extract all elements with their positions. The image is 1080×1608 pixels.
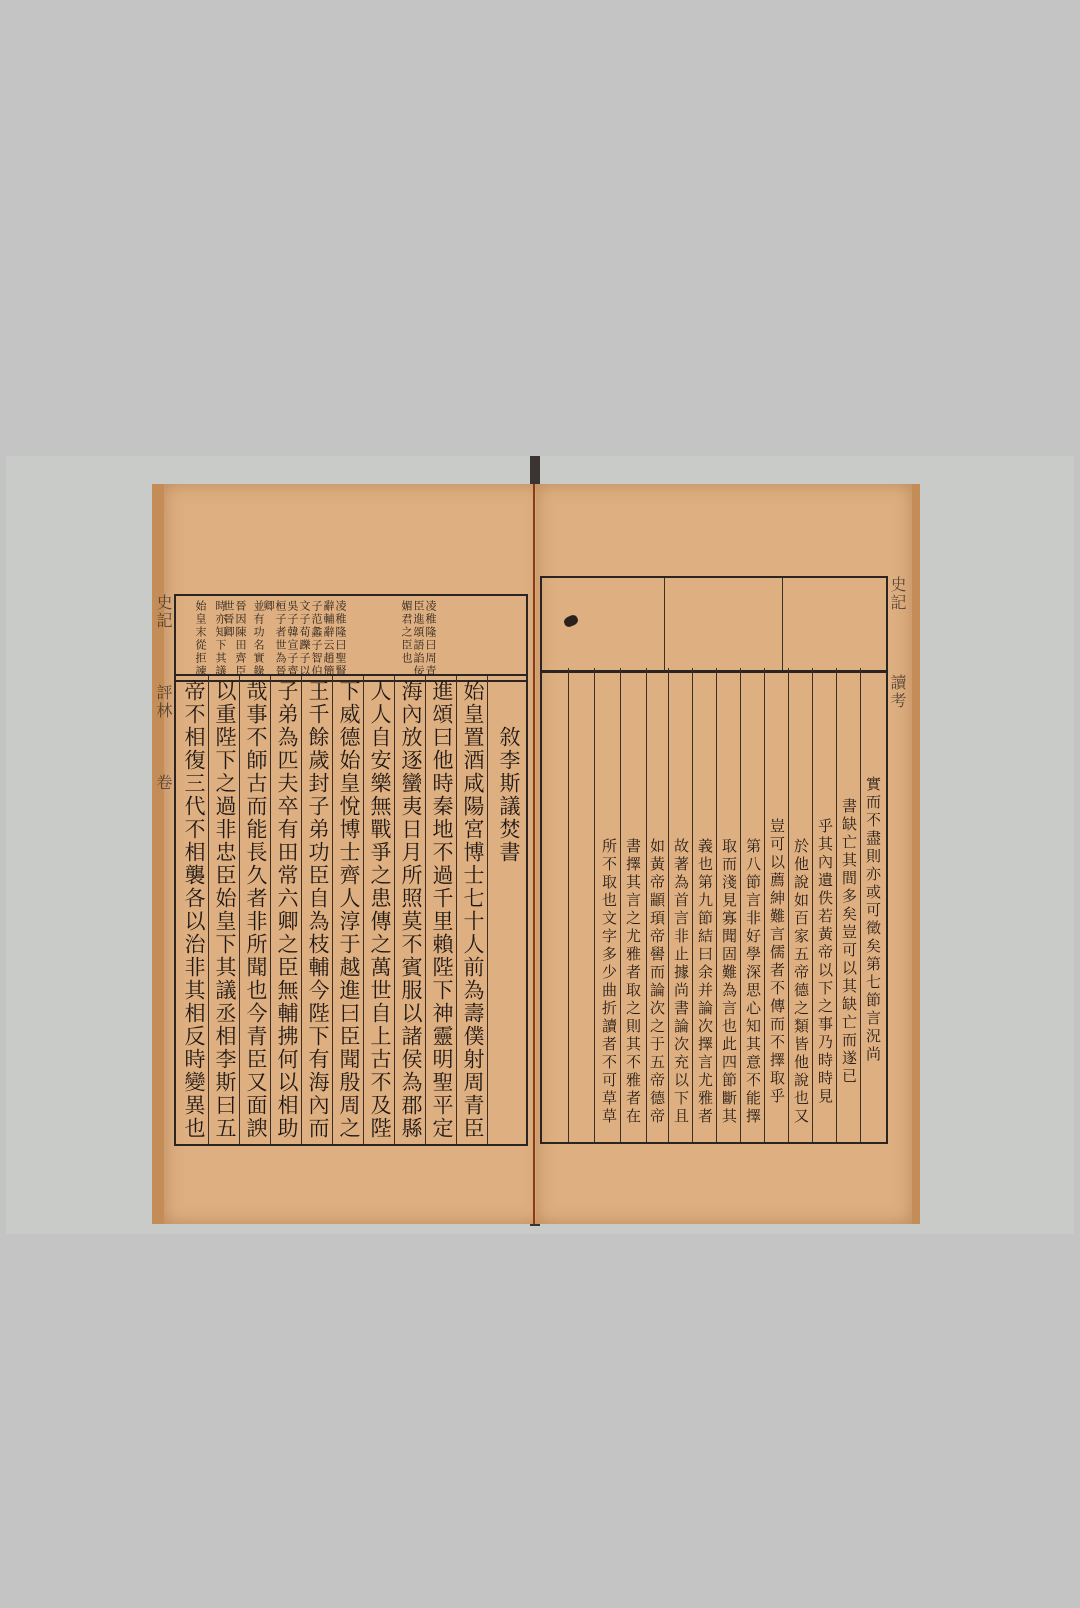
text-column: 所不取也文字多少曲折讀者不可草草 [600, 838, 618, 1126]
text-column: 子弟為匹夫卒有田常六卿之臣無輔拂何以相助 [275, 680, 299, 1140]
left-page: 史記 評林 卷 凌稚隆曰周青臣進頌語諂佞媚君之臣也 凌稚隆曰聖賢辭輔辭云趙簡子范… [152, 484, 544, 1224]
text-column: 乎其內遺佚若黃帝以下之事乃時時見 [816, 818, 834, 1106]
right-main-text-frame: 實而不盡則亦或可徵矣第七節言況尚 書缺亡其間多矣豈可以其缺亡而遂已 乎其內遺佚若… [540, 668, 888, 1144]
right-margin-label-2: 讀考 [886, 674, 909, 710]
open-book: 史記 評林 卷 凌稚隆曰周青臣進頌語諂佞媚君之臣也 凌稚隆曰聖賢辭輔辭云趙簡子范… [152, 484, 912, 1226]
text-column: 第八節言非好學深思心知其意不能擇 [744, 838, 762, 1126]
ink-blot [563, 614, 580, 629]
text-column: 海內放逐蠻夷日月所照莫不賓服以諸侯為郡縣 [399, 680, 423, 1140]
text-column: 帝不相復三代不相襲各以治非其相反時變異也 [182, 680, 206, 1140]
left-margin-label: 史記 [152, 594, 175, 630]
text-column: 於他說如百家五帝德之類皆他說也又 [792, 838, 810, 1126]
header-note: 凌稚隆曰周青臣進頌語諂佞媚君之臣也 [400, 600, 436, 678]
text-column: 始皇置酒咸陽宮博士七十人前為壽僕射周青臣 [461, 680, 485, 1140]
text-column: 豈可以薦紳難言儒者不傳而不擇取乎 [768, 818, 786, 1106]
header-note: 時亦知下其議 [214, 600, 226, 678]
left-header-notes-box: 凌稚隆曰周青臣進頌語諂佞媚君之臣也 凌稚隆曰聖賢辭輔辭云趙簡子范蠡子智伯文子荀躒… [174, 594, 528, 682]
gutter-line [533, 484, 535, 1224]
text-column: 義也第九節結曰余并論次擇言尤雅者 [696, 838, 714, 1126]
chapter-title: 敘李斯議焚書 [494, 726, 524, 864]
text-column: 哉事不師古而能長久者非所聞也今青臣又面諛 [244, 680, 268, 1140]
text-column: 實而不盡則亦或可徵矣第七節言況尚 [864, 776, 882, 1064]
header-note: 並有功名實錄 [252, 600, 264, 678]
text-column: 如黃帝顓頊帝嚳而論次之于五帝德帝 [648, 838, 666, 1126]
text-column: 書擇其言之尤雅者取之則其不雅者在 [624, 838, 642, 1126]
left-margin-label-2: 評林 [152, 684, 175, 720]
text-column: 取而淺見寡聞固難為言也此四節斷其 [720, 838, 738, 1126]
text-column: 故著為首言非止據尚書論次充以下且 [672, 838, 690, 1126]
text-column: 王千餘歲封子弟功臣自為枝輔今陛下有海內而 [306, 680, 330, 1140]
left-main-text-frame: 敘李斯議焚書 始皇置酒咸陽宮博士七十人前為壽僕射周青臣 進頌曰他時秦地不過千里賴… [174, 674, 528, 1146]
right-margin-label: 史記 [886, 576, 909, 612]
left-margin-label-3: 卷 [152, 774, 175, 792]
text-column: 下威德始皇悅博士齊人淳于越進曰臣聞殷周之 [337, 680, 361, 1140]
text-column: 書缺亡其間多矣豈可以其缺亡而遂已 [840, 798, 858, 1086]
header-note: 始皇末從拒諫 [194, 600, 206, 678]
right-header-boxes [540, 576, 888, 673]
text-column: 以重陛下之過非忠臣始皇下其議丞相李斯曰五 [213, 680, 237, 1140]
text-column: 進頌曰他時秦地不過千里賴陛下神靈明聖平定 [430, 680, 454, 1140]
header-note: 凌稚隆曰聖賢辭輔辭云趙簡子范蠡子智伯文子荀躒子以吳子韓宣子齊桓子者世為晉卿 [286, 600, 346, 678]
text-column: 人人自安樂無戰爭之患傳之萬世自上古不及陛 [368, 680, 392, 1140]
right-page: 史記 讀考 實而不盡則亦或可徵矣第七節言況尚 書缺亡其間多矣豈可以其缺亡而遂已 … [536, 484, 920, 1224]
